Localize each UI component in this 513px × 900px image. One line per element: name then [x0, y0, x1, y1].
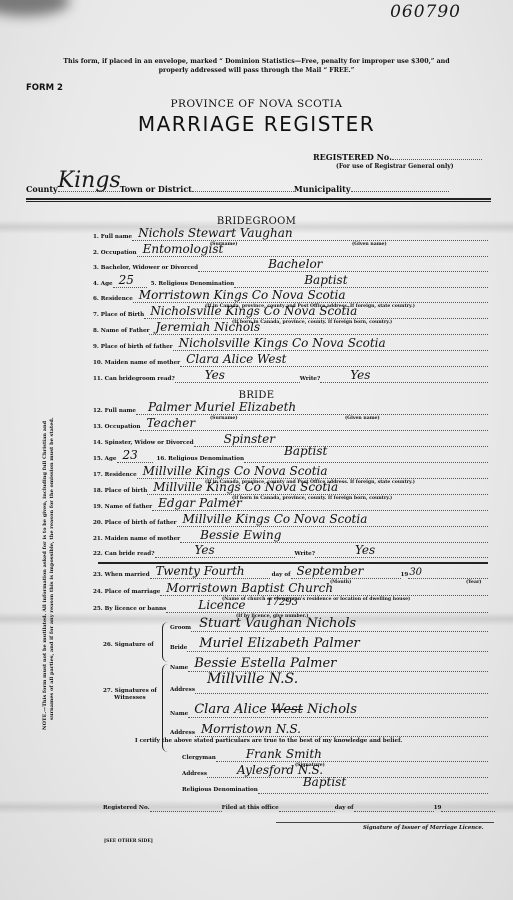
- groom-marital-status-line: Bachelor: [198, 260, 488, 272]
- bride-signature: Bride Muriel Elizabeth Palmer: [170, 640, 488, 652]
- bride-age-value: 23: [123, 448, 138, 462]
- location-row: CountyKingsTown or DistrictMunicipality: [26, 183, 491, 194]
- bride-birthplace-line: Millville Kings Co Nova Scotia: [147, 483, 488, 495]
- bride-father-name-line: Edgar Palmer: [152, 499, 488, 511]
- bride-age-label: 15. Age: [93, 456, 117, 463]
- certification-statement: I certify the above stated particulars a…: [135, 738, 402, 744]
- bride-father-birthplace: 20. Place of birth of father Millville K…: [93, 515, 488, 527]
- clergyman-address-label: Address: [182, 771, 207, 778]
- bride-can-read-line: Yes: [155, 546, 295, 558]
- margin-note: NOTE.—This form must not be mutilated. A…: [42, 290, 56, 730]
- groom-birthplace-label: 7. Place of Birth: [93, 312, 144, 319]
- groom-can-read-label: 11. Can bridegroom read?: [93, 376, 175, 383]
- witness2-address: Address Morristown N.S.: [170, 725, 488, 737]
- year-prefix: 19: [401, 572, 409, 579]
- groom-marital-status: 3. Bachelor, Widower or Divorced Bachelo…: [93, 260, 488, 272]
- groom-age-denomination: 4. Age 25 5. Religious Denomination Bapt…: [93, 276, 488, 288]
- witness1-address-line: Millville N.S.: [195, 682, 488, 694]
- bride-denomination-label: 16. Religious Denomination: [157, 456, 245, 463]
- groom-father-name: 8. Name of Father Jeremiah Nichols: [93, 323, 488, 335]
- mail-notice-line1: This form, if placed in an envelope, mar…: [0, 57, 513, 66]
- bride-father-birthplace-label: 20. Place of birth of father: [93, 520, 177, 527]
- clergyman-denomination-value: Baptist: [303, 775, 346, 789]
- groom-father-birthplace-line: Nicholsville Kings Co Nova Scotia: [173, 339, 488, 351]
- groom-signature: Groom Stuart Vaughan Nichols: [170, 620, 488, 632]
- bride-mother-maiden-name-line: Bessie Ewing: [180, 531, 488, 543]
- licence-number: 17293: [266, 597, 298, 608]
- footer-year-line: [441, 800, 495, 812]
- footer-year-prefix: 19: [434, 805, 442, 812]
- mail-notice-line2: properly addressed will pass through the…: [0, 66, 513, 75]
- bride-denomination-value: Baptist: [284, 444, 327, 458]
- bride-can-read-label: 22. Can bride read?: [93, 551, 155, 558]
- bride-residence-line: Millville Kings Co Nova Scotia: [137, 467, 488, 479]
- when-married-day-line: Twenty Fourth: [150, 567, 270, 579]
- bride-birthplace: 18. Place of birth Millville Kings Co No…: [93, 483, 488, 495]
- county-blank: Kings: [58, 183, 120, 192]
- bride-father-birthplace-line: Millville Kings Co Nova Scotia: [177, 515, 489, 527]
- month-line: September: [291, 567, 401, 579]
- clergyman-signature: Clergyman Frank Smith: [182, 750, 488, 762]
- groom-birthplace-value: Nicholsville Kings Co Nova Scotia: [150, 304, 357, 318]
- county-label: County: [26, 184, 58, 194]
- footer-registered-no-line: [150, 800, 222, 812]
- bride-full-name-value: Palmer Muriel Elizabeth: [148, 400, 296, 414]
- bride-father-birthplace-value: Millville Kings Co Nova Scotia: [183, 512, 368, 526]
- bride-can-write-label: Write?: [295, 551, 316, 558]
- groom-can-read-value: Yes: [205, 368, 225, 382]
- town-blank: [192, 183, 294, 192]
- signature-brace: [162, 622, 168, 662]
- bride-literacy: 22. Can bride read? Yes Write? Yes: [93, 546, 488, 558]
- footer-month-line: [354, 800, 434, 812]
- witnesses-label-line1: 27. Signatures of: [103, 688, 157, 695]
- groom-full-name-value: Nichols Stewart Vaughan: [138, 226, 293, 240]
- groom-age-label: 4. Age: [93, 281, 113, 288]
- groom-can-write-line: Yes: [320, 371, 488, 383]
- witness2-address-value: Morristown N.S.: [201, 722, 301, 736]
- bride-can-write-value: Yes: [355, 543, 375, 557]
- bride-denomination-line: Baptist: [244, 451, 488, 463]
- groom-father-birthplace-label: 9. Place of birth of father: [93, 344, 173, 351]
- groom-occupation-label: 2. Occupation: [93, 250, 137, 257]
- licence-or-banns: 25. By licence or banns Licence17293: [93, 601, 488, 613]
- witness2-address-label: Address: [170, 730, 195, 737]
- witnesses-label: 27. Signatures of Witnesses: [103, 688, 157, 702]
- bride-marital-status-label: 14. Spinster, Widow or Divorced: [93, 440, 194, 447]
- groom-literacy: 11. Can bridegroom read? Yes Write? Yes: [93, 371, 488, 383]
- bride-occupation: 13. Occupation Teacher: [93, 419, 488, 431]
- bride-mother-maiden-name: 21. Maiden name of mother Bessie Ewing: [93, 531, 488, 543]
- bride-residence-label: 17. Residence: [93, 472, 137, 479]
- place-of-marriage-line: Morristown Baptist Church: [160, 584, 488, 596]
- municipality-label: Municipality: [294, 184, 351, 194]
- year-value: 30: [409, 567, 422, 578]
- bride-residence: 17. Residence Millville Kings Co Nova Sc…: [93, 467, 488, 479]
- clergyman-label: Clergyman: [182, 755, 216, 762]
- groom-residence-value: Morristown Kings Co Nova Scotia: [139, 288, 346, 302]
- bride-signature-value: Muriel Elizabeth Palmer: [199, 636, 360, 651]
- groom-father-name-line: Jeremiah Nichols: [149, 323, 488, 335]
- witness2-name-value: Clara Alice West Nichols: [194, 702, 357, 717]
- bride-signature-line: Muriel Elizabeth Palmer: [187, 640, 488, 652]
- when-married-day-value: Twenty Fourth: [156, 564, 245, 578]
- witness1-address-value: Millville N.S.: [207, 671, 298, 687]
- serial-number: 060790: [390, 2, 461, 22]
- groom-denomination-label: 5. Religious Denomination: [151, 281, 235, 288]
- groom-occupation: 2. Occupation Entomologist: [93, 245, 488, 257]
- bride-mother-maiden-name-value: Bessie Ewing: [200, 528, 281, 542]
- bride-father-name-label: 19. Name of father: [93, 504, 152, 511]
- county-value: Kings: [58, 168, 121, 193]
- registered-no-label: REGISTERED No.: [313, 152, 392, 162]
- groom-signature-line: Stuart Vaughan Nichols: [191, 620, 488, 632]
- witness2-given-names: Clara Alice: [194, 702, 267, 717]
- groom-birthplace-line: Nicholsville Kings Co Nova Scotia: [144, 307, 488, 319]
- office-filing-row: Registered No. Filed at this office day …: [103, 800, 495, 812]
- groom-mother-maiden-name-label: 10. Maiden name of mother: [93, 360, 180, 367]
- form-number: FORM 2: [26, 83, 63, 93]
- groom-mother-maiden-name-value: Clara Alice West: [186, 352, 286, 366]
- registered-no-field: REGISTERED No.: [313, 152, 482, 162]
- place-of-marriage: 24. Place of marriage Morristown Baptist…: [93, 584, 488, 596]
- witness2-address-line: Morristown N.S.: [195, 725, 488, 737]
- witness1-name-value: Bessie Estella Palmer: [194, 656, 336, 671]
- witness2-surname: Nichols: [307, 702, 357, 717]
- bride-occupation-label: 13. Occupation: [93, 424, 140, 431]
- groom-mother-maiden-name-line: Clara Alice West: [180, 355, 488, 367]
- issuer-signature-line: [276, 822, 494, 823]
- bride-occupation-value: Teacher: [146, 416, 195, 430]
- signature-of-label: 26. Signature of: [103, 642, 154, 648]
- groom-marital-status-label: 3. Bachelor, Widower or Divorced: [93, 265, 198, 272]
- groom-father-name-label: 8. Name of Father: [93, 328, 149, 335]
- witnesses-label-line2: Witnesses: [103, 695, 157, 702]
- groom-occupation-line: Entomologist: [137, 245, 488, 257]
- bride-can-read-value: Yes: [195, 543, 215, 557]
- groom-age-value: 25: [119, 273, 134, 287]
- groom-can-write-label: Write?: [300, 376, 321, 383]
- place-of-marriage-label: 24. Place of marriage: [93, 589, 160, 596]
- groom-father-birthplace: 9. Place of birth of father Nicholsville…: [93, 339, 488, 351]
- groom-full-name-label: 1. Full name: [93, 234, 132, 241]
- groom-residence-label: 6. Residence: [93, 296, 133, 303]
- filed-line: [279, 800, 335, 812]
- bride-full-name-line: Palmer Muriel Elizabeth: [136, 403, 488, 415]
- clergyman-value: Frank Smith: [246, 747, 322, 761]
- filed-label: Filed at this office: [222, 805, 279, 812]
- witness2-name-line: Clara Alice West Nichols: [188, 706, 488, 718]
- witness2-struck-name: West: [271, 702, 303, 717]
- witness2-name-label: Name: [170, 711, 188, 718]
- clergyman-denomination: Religious Denomination Baptist: [182, 782, 488, 794]
- clergyman-address-line: Aylesford N.S.: [207, 766, 488, 778]
- place-of-marriage-value: Morristown Baptist Church: [166, 581, 333, 595]
- town-label: Town or District: [120, 184, 192, 194]
- groom-father-name-value: Jeremiah Nichols: [155, 320, 260, 334]
- licence-value: Licence: [198, 598, 245, 612]
- registered-no-note: (For use of Registrar General only): [336, 163, 454, 170]
- when-married: 23. When married Twenty Fourth day of Se…: [93, 567, 488, 579]
- witness2-name: Name Clara Alice West Nichols: [170, 706, 488, 718]
- witness1-name-label: Name: [170, 665, 188, 672]
- bride-mother-maiden-name-label: 21. Maiden name of mother: [93, 536, 180, 543]
- groom-occupation-value: Entomologist: [143, 242, 224, 256]
- clergyman-line: Frank Smith: [216, 750, 488, 762]
- groom-residence: 6. Residence Morristown Kings Co Nova Sc…: [93, 291, 488, 303]
- groom-signature-label: Groom: [170, 625, 191, 632]
- bride-marital-status-value: Spinster: [224, 432, 275, 446]
- witness1-address: Address Millville N.S.: [170, 682, 488, 694]
- groom-full-name-line: Nichols Stewart Vaughan: [132, 229, 488, 241]
- bride-full-name-label: 12. Full name: [93, 408, 136, 415]
- bride-age-line: 23: [117, 451, 153, 463]
- footer-day-of-label: day of: [335, 805, 354, 812]
- month-value: September: [297, 564, 364, 578]
- margin-note-line1: NOTE.—This form must not be mutilated. A…: [42, 290, 49, 730]
- bride-marital-status-line: Spinster: [194, 435, 488, 447]
- see-other-side-note: [SEE OTHER SIDE]: [104, 839, 153, 844]
- groom-birthplace: 7. Place of Birth Nicholsville Kings Co …: [93, 307, 488, 319]
- bride-signature-label: Bride: [170, 645, 187, 652]
- when-married-label: 23. When married: [93, 572, 150, 579]
- bride-father-name: 19. Name of father Edgar Palmer: [93, 499, 488, 511]
- province-heading: PROVINCE OF NOVA SCOTIA: [0, 98, 513, 110]
- bride-residence-value: Millville Kings Co Nova Scotia: [143, 464, 328, 478]
- clergyman-denomination-label: Religious Denomination: [182, 787, 258, 794]
- groom-residence-line: Morristown Kings Co Nova Scotia: [133, 291, 488, 303]
- groom-denomination-line: Baptist: [234, 276, 488, 288]
- clergyman-denomination-line: Baptist: [258, 782, 488, 794]
- registered-no-blank: [392, 159, 482, 160]
- bride-full-name: 12. Full name Palmer Muriel Elizabeth: [93, 403, 488, 415]
- municipality-blank: [351, 183, 449, 192]
- groom-can-write-value: Yes: [350, 368, 370, 382]
- licence-label: 25. By licence or banns: [93, 606, 166, 613]
- document-title: MARRIAGE REGISTER: [0, 112, 513, 136]
- bride-can-write-line: Yes: [315, 546, 488, 558]
- bride-birthplace-value: Millville Kings Co Nova Scotia: [153, 480, 338, 494]
- groom-signature-value: Stuart Vaughan Nichols: [199, 616, 356, 631]
- groom-mother-maiden-name: 10. Maiden name of mother Clara Alice We…: [93, 355, 488, 367]
- issuer-signature-label: Signature of Issuer of Marriage Licence.: [363, 825, 484, 831]
- groom-age-line: 25: [113, 276, 147, 288]
- groom-denomination-value: Baptist: [304, 273, 347, 287]
- day-of-label: day of: [272, 572, 291, 579]
- footer-registered-no-label: Registered No.: [103, 805, 150, 812]
- bride-birthplace-label: 18. Place of birth: [93, 488, 147, 495]
- header-divider: [26, 198, 491, 202]
- licence-line: Licence17293: [166, 601, 488, 613]
- bride-father-name-value: Edgar Palmer: [158, 496, 242, 510]
- groom-can-read-line: Yes: [175, 371, 300, 383]
- margin-note-line2: surnames of all parties, and if for any …: [49, 290, 56, 730]
- witness1-address-label: Address: [170, 687, 195, 694]
- year-line: 30: [408, 567, 488, 579]
- groom-marital-status-value: Bachelor: [268, 257, 322, 271]
- mail-notice: This form, if placed in an envelope, mar…: [0, 57, 513, 75]
- bride-age-denomination: 15. Age 23 16. Religious Denomination Ba…: [93, 451, 488, 463]
- bride-occupation-line: Teacher: [140, 419, 488, 431]
- groom-father-birthplace-value: Nicholsville Kings Co Nova Scotia: [179, 336, 386, 350]
- groom-full-name: 1. Full name Nichols Stewart Vaughan: [93, 229, 488, 241]
